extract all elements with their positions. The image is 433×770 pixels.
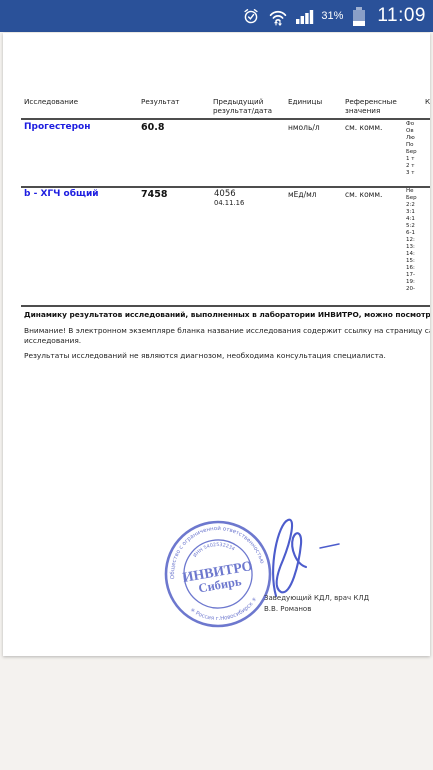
header-units: Единицы <box>288 97 338 106</box>
comment-lines: Не Бер 2:2 3:1 4:1 5:2 6-1 12: 13: 14: 1… <box>406 188 430 293</box>
attention-note: Внимание! В электронном экземпляре бланк… <box>24 326 430 335</box>
stamp-and-signature: Общество с ограниченной ответственностью… <box>150 508 365 640</box>
battery-percent: 31% <box>321 10 343 22</box>
result-value: 60.8 <box>141 122 164 133</box>
header-previous: Предыдущий результат/дата <box>213 97 275 115</box>
signer-title: Заведующий КДЛ, врач КЛД <box>264 593 369 604</box>
previous-date: 04.11.16 <box>214 199 244 207</box>
header-reference: Референсные значения <box>345 97 400 115</box>
alarm-icon <box>242 7 260 25</box>
header-underline <box>21 118 430 120</box>
signal-icon <box>296 8 315 24</box>
header-study: Исследование <box>24 97 114 106</box>
reference-value: см. комм. <box>345 190 382 199</box>
attention-note-line2: исследования. <box>24 336 81 345</box>
table-bottom-border <box>21 305 430 307</box>
units-value: мЕд/мл <box>288 190 317 199</box>
clock-time: 11:09 <box>377 5 426 27</box>
wifi-icon <box>268 7 288 26</box>
disclaimer-note: Результаты исследований не являются диаг… <box>24 351 386 360</box>
dynamics-note: Динамику результатов исследований, выпол… <box>24 310 430 319</box>
document-page[interactable]: Исследование Результат Предыдущий резуль… <box>3 33 430 656</box>
stamp-graphic: Общество с ограниченной ответственностью… <box>150 508 365 640</box>
row-separator <box>21 186 430 188</box>
study-link-hcg[interactable]: b - ХГЧ общий <box>24 189 99 199</box>
signer-block: Заведующий КДЛ, врач КЛД В.В. Романов <box>264 593 369 615</box>
status-bar: 31% 11:09 <box>0 0 433 32</box>
attention-text: Внимание! В электронном экземпляре бланк… <box>24 326 430 335</box>
battery-icon <box>353 7 365 26</box>
header-comments: К <box>425 97 430 106</box>
previous-result: 4056 <box>214 189 236 199</box>
signature-ink <box>273 520 339 596</box>
comment-lines: Фо Ов Лю По Бер 1 т 2 т 3 т <box>406 121 430 177</box>
header-result: Результат <box>141 97 201 106</box>
study-link-progesterone[interactable]: Прогестерон <box>24 122 90 132</box>
result-value: 7458 <box>141 189 167 200</box>
reference-value: см. комм. <box>345 123 382 132</box>
units-value: нмоль/л <box>288 123 320 132</box>
signer-name: В.В. Романов <box>264 604 369 615</box>
